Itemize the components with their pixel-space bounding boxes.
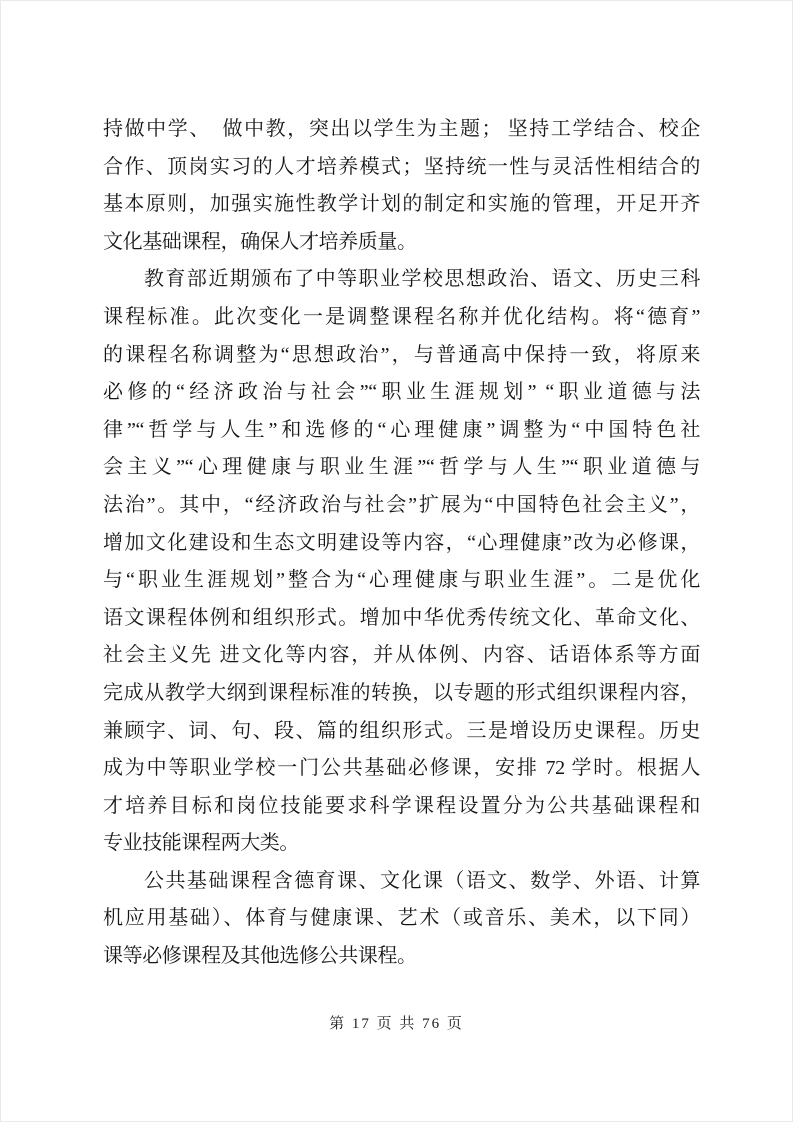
text-line: 完成从教学大纲到课程标准的转换，以专题的形式组织课程内容， [103, 675, 700, 713]
text-line: 文化基础课程，确保人才培养质量。 [103, 224, 700, 262]
text-line: 必修的“经济政治与社会”“职业生涯规划” “职业道德与法 [103, 374, 700, 412]
text-line: 语文课程体例和组织形式。增加中华优秀传统文化、革命文化、 [103, 600, 700, 638]
document-page: 持做中学、 做中教，突出以学生为主题； 坚持工学结合、校企合作、顶岗实习的人才培… [0, 0, 793, 1122]
text-line: 机应用基础）、体育与健康课、艺术（或音乐、美术，以下同） [103, 900, 700, 938]
text-line: 社会主义先 进文化等内容，并从体例、内容、话语体系等方面 [103, 637, 700, 675]
text-line: 增加文化建设和生态文明建设等内容，“心理健康”改为必修课， [103, 525, 700, 563]
text-line: 公共基础课程含德育课、文化课（语文、数学、外语、计算 [103, 863, 700, 901]
document-text-block: 持做中学、 做中教，突出以学生为主题； 坚持工学结合、校企合作、顶岗实习的人才培… [103, 111, 700, 976]
text-line: 会主义”“心理健康与职业生涯”“哲学与人生”“职业道德与 [103, 449, 700, 487]
text-line: 教育部近期颁布了中等职业学校思想政治、语文、历史三科 [103, 261, 700, 299]
text-line: 合作、顶岗实习的人才培养模式；坚持统一性与灵活性相结合的 [103, 149, 700, 187]
text-line: 课等必修课程及其他选修公共课程。 [103, 938, 700, 976]
text-line: 律”“哲学与人生”和选修的“心理健康”调整为“中国特色社 [103, 412, 700, 450]
page-number-text: 第 17 页 共 76 页 [329, 1016, 464, 1032]
text-line: 基本原则，加强实施性教学计划的制定和实施的管理，开足开齐 [103, 186, 700, 224]
text-line: 才培养目标和岗位技能要求科学课程设置分为公共基础课程和 [103, 788, 700, 826]
text-line: 持做中学、 做中教，突出以学生为主题； 坚持工学结合、校企 [103, 111, 700, 149]
text-line: 专业技能课程两大类。 [103, 825, 700, 863]
text-line: 兼顾字、词、句、段、篇的组织形式。三是增设历史课程。历史 [103, 713, 700, 751]
text-line: 课程标准。此次变化一是调整课程名称并优化结构。将“德育” [103, 299, 700, 337]
text-line: 的课程名称调整为“思想政治”，与普通高中保持一致，将原来 [103, 337, 700, 375]
text-line: 成为中等职业学校一门公共基础必修课，安排 72 学时。根据人 [103, 750, 700, 788]
text-line: 法治”。其中，“经济政治与社会”扩展为“中国特色社会主义”， [103, 487, 700, 525]
text-line: 与“职业生涯规划”整合为“心理健康与职业生涯”。二是优化 [103, 562, 700, 600]
page-footer: 第 17 页 共 76 页 [0, 1012, 793, 1033]
